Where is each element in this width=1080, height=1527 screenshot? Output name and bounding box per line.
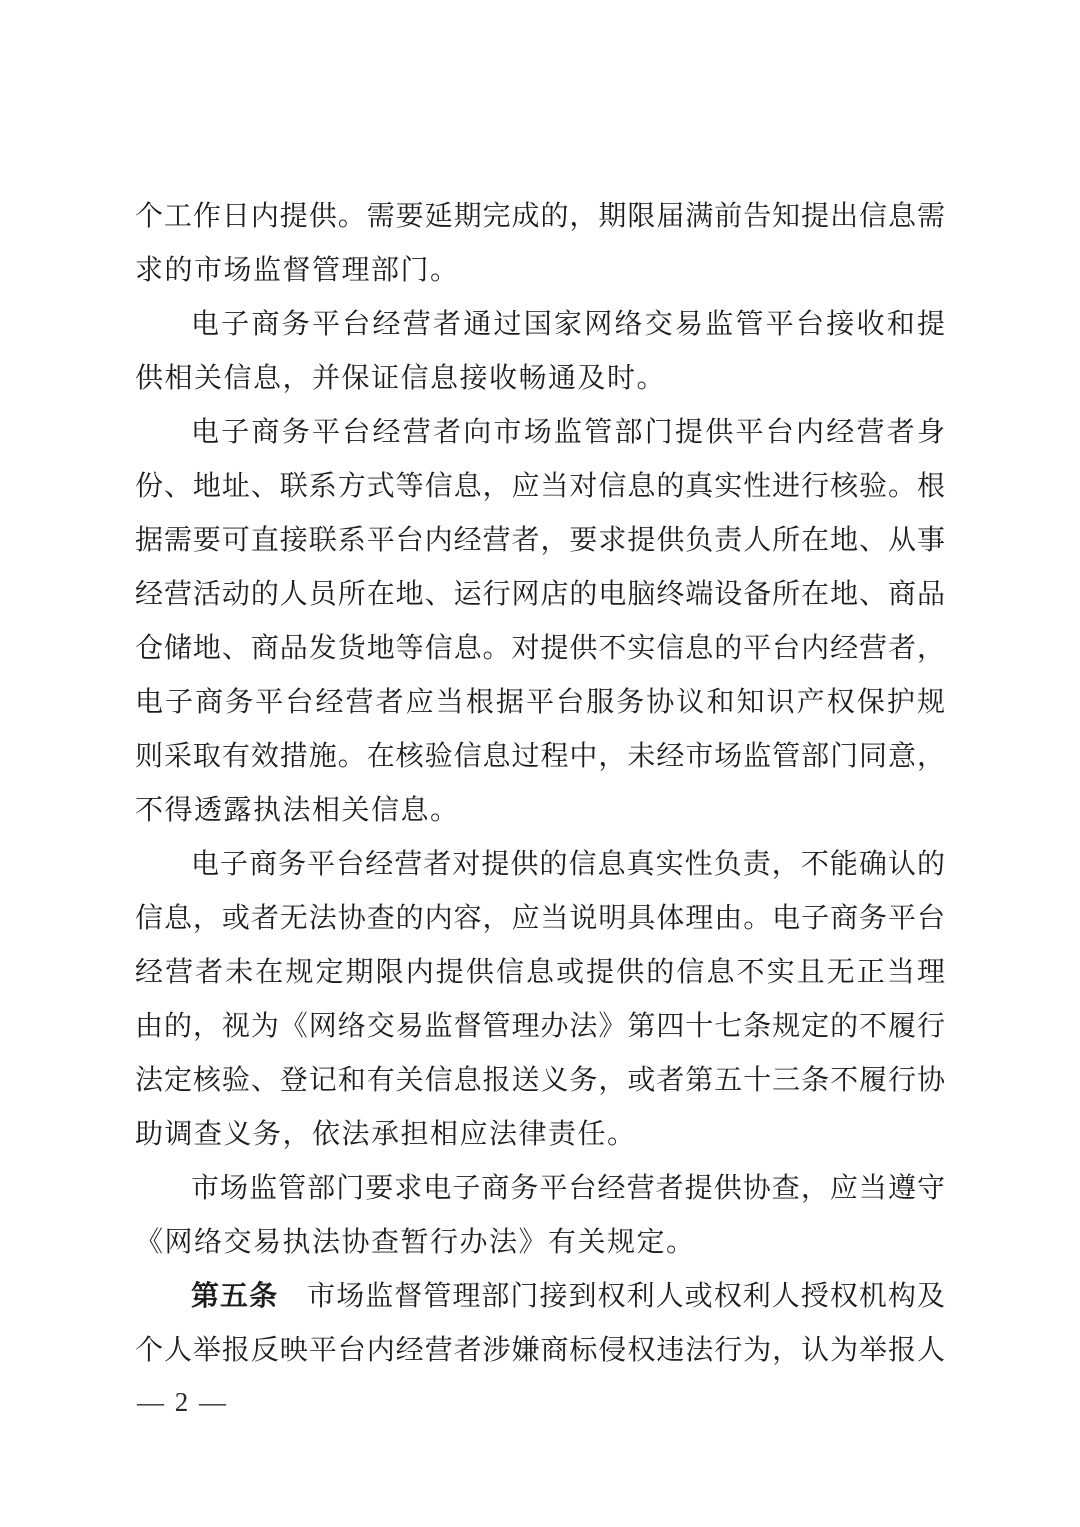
- document-body: 个工作日内提供。需要延期完成的，期限届满前告知提出信息需求的市场监督管理部门。电…: [135, 190, 945, 1378]
- text-line: 不得透露执法相关信息。: [135, 784, 945, 838]
- text-line: 份、地址、联系方式等信息，应当对信息的真实性进行核验。根: [135, 460, 945, 514]
- page-number: — 2 —: [137, 1386, 228, 1418]
- text-line: 则采取有效措施。在核验信息过程中，未经市场监管部门同意，: [135, 730, 945, 784]
- text-line: 仓储地、商品发货地等信息。对提供不实信息的平台内经营者，: [135, 622, 945, 676]
- text-line: 助调查义务，依法承担相应法律责任。: [135, 1108, 945, 1162]
- text-line: 经营活动的人员所在地、运行网店的电脑终端设备所在地、商品: [135, 568, 945, 622]
- text-line: 电子商务平台经营者对提供的信息真实性负责，不能确认的: [135, 838, 945, 892]
- text-line: 由的，视为《网络交易监督管理办法》第四十七条规定的不履行: [135, 1000, 945, 1054]
- text-line: 电子商务平台经营者应当根据平台服务协议和知识产权保护规: [135, 676, 945, 730]
- text-line: 个人举报反映平台内经营者涉嫌商标侵权违法行为，认为举报人: [135, 1324, 945, 1378]
- text-line: 电子商务平台经营者通过国家网络交易监管平台接收和提: [135, 298, 945, 352]
- text-line: 《网络交易执法协查暂行办法》有关规定。: [135, 1216, 945, 1270]
- text-line: 个工作日内提供。需要延期完成的，期限届满前告知提出信息需: [135, 190, 945, 244]
- document-page: 个工作日内提供。需要延期完成的，期限届满前告知提出信息需求的市场监督管理部门。电…: [0, 0, 1080, 1527]
- text-line: 电子商务平台经营者向市场监管部门提供平台内经营者身: [135, 406, 945, 460]
- text-line: 法定核验、登记和有关信息报送义务，或者第五十三条不履行协: [135, 1054, 945, 1108]
- text-line: 第五条 市场监督管理部门接到权利人或权利人授权机构及: [135, 1270, 945, 1324]
- text-line: 市场监管部门要求电子商务平台经营者提供协查，应当遵守: [135, 1162, 945, 1216]
- text-line: 据需要可直接联系平台内经营者，要求提供负责人所在地、从事: [135, 514, 945, 568]
- text-line: 求的市场监督管理部门。: [135, 244, 945, 298]
- text-line: 供相关信息，并保证信息接收畅通及时。: [135, 352, 945, 406]
- text-line: 信息，或者无法协查的内容，应当说明具体理由。电子商务平台: [135, 892, 945, 946]
- text-line: 经营者未在规定期限内提供信息或提供的信息不实且无正当理: [135, 946, 945, 1000]
- article-number-label: 第五条: [191, 1281, 278, 1312]
